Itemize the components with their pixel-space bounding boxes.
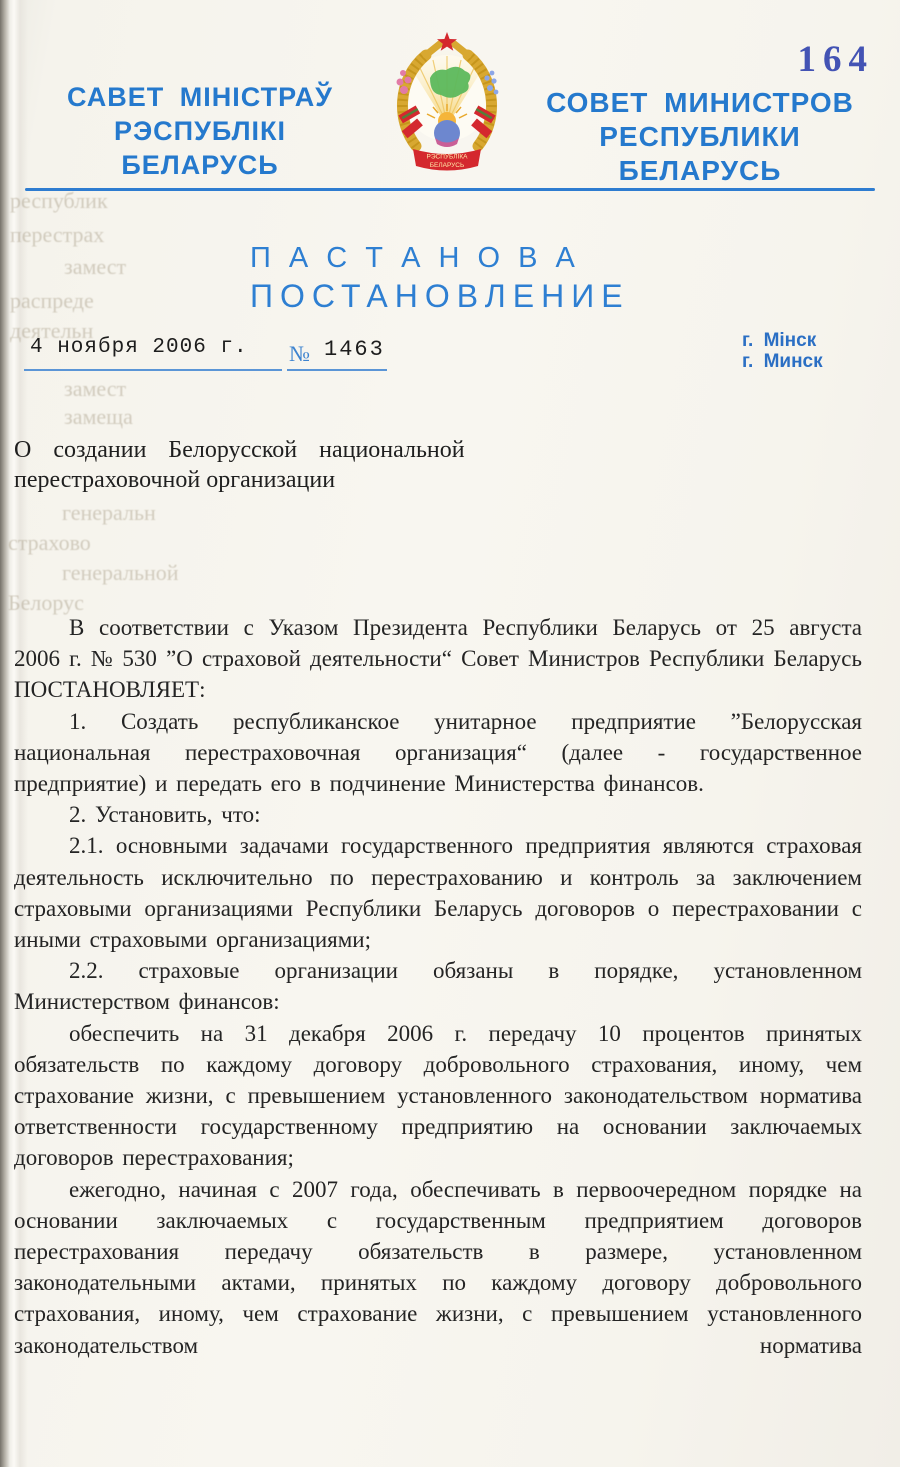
org-name-russian-line2: РЕСПУБЛИКИ БЕЛАРУСЬ: [515, 120, 885, 188]
bleed-through-text: замеща: [64, 404, 133, 430]
document-number: 1463: [324, 337, 385, 362]
bleed-through-text: распреде: [10, 288, 94, 314]
bleed-through-text: замест: [64, 254, 126, 280]
document-subject: О создании Белорусской национальной пере…: [14, 435, 534, 495]
paragraph-item-2: 2. Установить, что:: [14, 799, 862, 830]
document-title-belarusian: П А С Т А Н О В А: [250, 240, 630, 277]
paragraph-item-2-1: 2.1. основными задачами государственного…: [14, 830, 862, 955]
number-underline: [287, 369, 387, 371]
bleed-through-text: генеральн: [62, 500, 156, 526]
date-underline: [24, 369, 282, 371]
subject-line1: О создании Белорусской национальной: [14, 435, 534, 465]
paragraph-item-1: 1. Создать республиканское унитарное пре…: [14, 706, 862, 800]
document-date: 4 ноября 2006 г.: [30, 336, 248, 359]
bleed-through-text: перестрах: [10, 222, 104, 248]
org-name-russian: СОВЕТ МИНИСТРОВ РЕСПУБЛИКИ БЕЛАРУСЬ: [515, 86, 885, 188]
number-sign: №: [289, 341, 310, 367]
scanned-decree-page: республик перестрах замест распреде деят…: [0, 0, 900, 1467]
org-name-russian-line1: СОВЕТ МИНИСТРОВ: [515, 86, 885, 120]
header-divider-rule: [25, 188, 875, 191]
bleed-through-text: замест: [64, 376, 126, 402]
document-title-russian: ПОСТАНОВЛЕНИЕ: [250, 277, 630, 315]
paragraph-item-2-2: 2.2. страховые организации обязаны в пор…: [14, 955, 862, 1017]
emblem-ribbon-text-line1: РЭСПУБЛІКА: [427, 154, 469, 161]
bleed-through-text: генеральной: [62, 560, 179, 586]
page-number-stamp: 164: [798, 38, 875, 81]
paragraph-item-2-2-sub2: ежегодно, начиная с 2007 года, обеспечив…: [14, 1174, 862, 1361]
emblem-ribbon-text-line2: БЕЛАРУСЬ: [430, 162, 464, 169]
org-name-belarusian-line1: САВЕТ МІНІСТРАЎ: [30, 80, 370, 114]
coat-of-arms-icon: РЭСПУБЛІКА БЕЛАРУСЬ: [383, 26, 511, 174]
subject-line2: перестраховочной организации: [14, 465, 534, 495]
org-name-belarusian-line2: РЭСПУБЛІКІ БЕЛАРУСЬ: [30, 114, 370, 182]
paragraph-preamble: В соответствии с Указом Президента Респу…: [14, 612, 862, 706]
bleed-through-text: республик: [10, 188, 108, 214]
bleed-through-text: страхово: [8, 530, 91, 556]
document-title: П А С Т А Н О В А ПОСТАНОВЛЕНИЕ: [250, 240, 630, 315]
org-name-belarusian: САВЕТ МІНІСТРАЎ РЭСПУБЛІКІ БЕЛАРУСЬ: [30, 80, 370, 182]
place-of-issue: г. Мінск г. Минск: [742, 330, 823, 372]
paragraph-item-2-2-sub1: обеспечить на 31 декабря 2006 г. передач…: [14, 1018, 862, 1174]
place-russian: г. Минск: [742, 351, 823, 372]
document-body: В соответствии с Указом Президента Респу…: [14, 612, 862, 1361]
place-belarusian: г. Мінск: [742, 330, 823, 351]
